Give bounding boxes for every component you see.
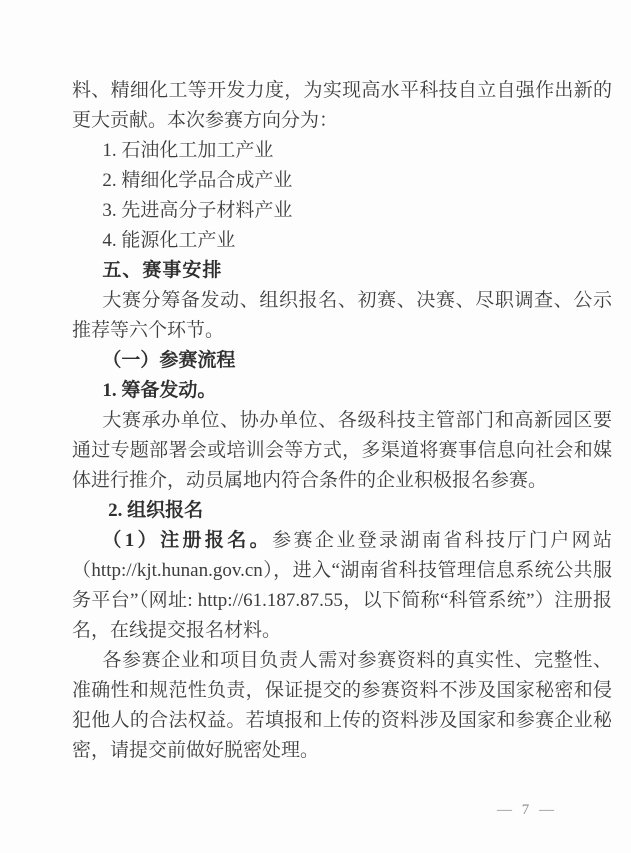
page-body: 料、精细化工等开发力度，为实现高水平科技自立自强作出新的更大贡献。本次参赛方向分…: [72, 76, 612, 766]
direction-item: 3. 先进高分子材料产业: [72, 196, 612, 226]
stages-paragraph: 大赛分筹备发动、组织报名、初赛、决赛、尽职调查、公示推荐等六个环节。: [72, 286, 612, 346]
page-number: — 7 —: [497, 800, 557, 820]
section-heading-events: 五、赛事安排: [72, 256, 612, 286]
direction-item: 1. 石油化工加工产业: [72, 136, 612, 166]
confidentiality-paragraph: 各参赛企业和项目负责人需对参赛资料的真实性、完整性、准确性和规范性负责，保证提交…: [72, 646, 612, 766]
direction-item: 2. 精细化学品合成产业: [72, 166, 612, 196]
intro-paragraph: 料、精细化工等开发力度，为实现高水平科技自立自强作出新的更大贡献。本次参赛方向分…: [72, 76, 612, 136]
step-heading-prepare: 1. 筹备发动。: [72, 376, 612, 406]
register-lead: （1）注册报名。: [102, 530, 272, 551]
direction-item: 4. 能源化工产业: [72, 226, 612, 256]
prepare-paragraph: 大赛承办单位、协办单位、各级科技主管部门和高新园区要通过专题部署会或培训会等方式…: [72, 406, 612, 496]
direction-list: 1. 石油化工加工产业 2. 精细化学品合成产业 3. 先进高分子材料产业 4.…: [72, 136, 612, 256]
step-heading-register: 2. 组织报名: [72, 496, 612, 526]
document-page: 料、精细化工等开发力度，为实现高水平科技自立自强作出新的更大贡献。本次参赛方向分…: [0, 0, 631, 853]
register-paragraph: （1）注册报名。参赛企业登录湖南省科技厅门户网站（http://kjt.huna…: [72, 526, 612, 646]
subsection-heading-process: （一）参赛流程: [72, 346, 612, 376]
